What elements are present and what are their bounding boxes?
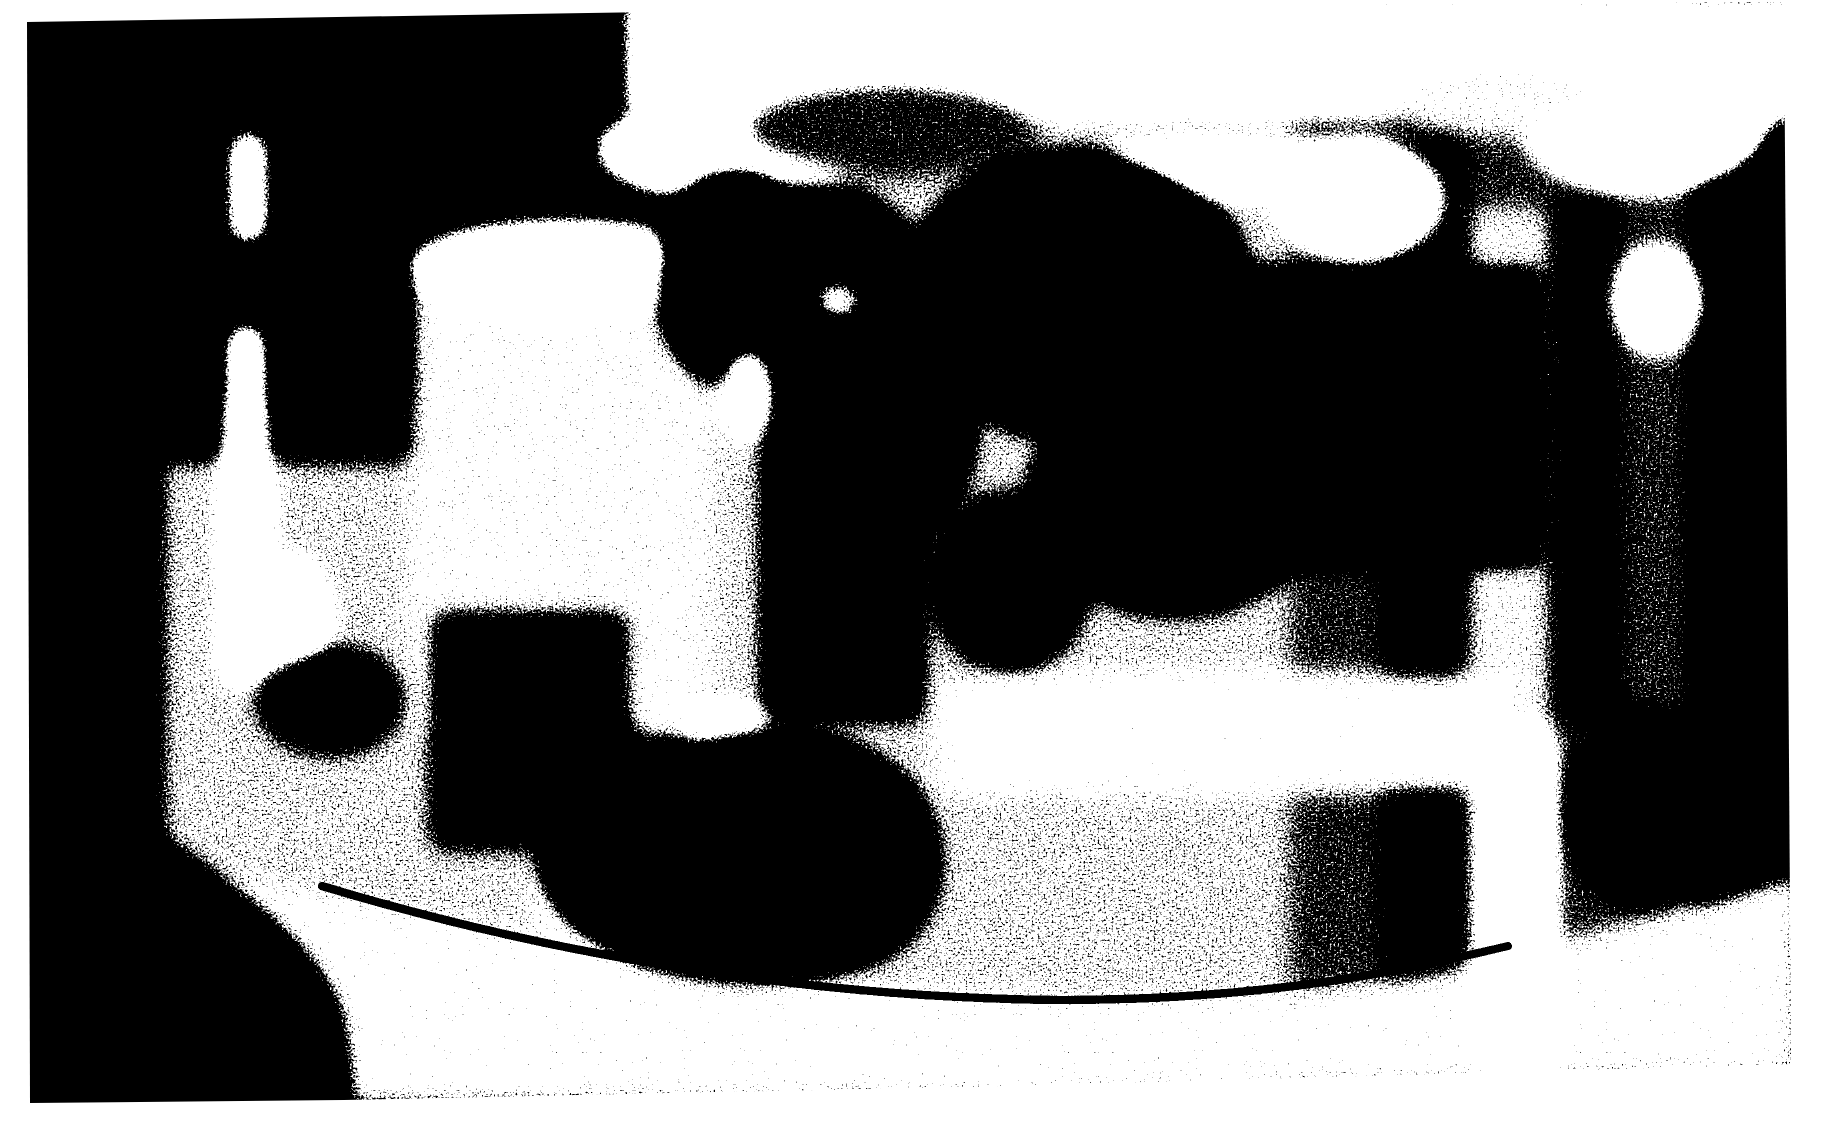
shadow-smudge-left: [260, 650, 400, 750]
left-glass-edge-highlight-upper: [234, 135, 262, 240]
white-patch-right: [1614, 250, 1702, 350]
figurine-base-toe: [522, 707, 638, 807]
tonal-map: [10, 0, 1810, 1120]
right-dark-band-2: [1552, 200, 1617, 720]
figurine-top-blob: [663, 170, 807, 306]
photo-area: [10, 0, 1810, 1120]
shadow-right-of-streak: [1569, 712, 1721, 904]
halftone-photo-canvas: [0, 0, 1829, 1129]
gray-streak-in-top-band: [740, 78, 1040, 178]
right-interior-shadow-soft: [934, 496, 1086, 668]
floor-light-band: [940, 675, 1510, 790]
figurine-stem: [768, 430, 918, 715]
scanned-photo: [0, 0, 1829, 1129]
right-glass-edge-highlight: [1486, 728, 1550, 1073]
figurine-light-gap-2: [812, 280, 864, 320]
gray-patch-top-right: [1390, 55, 1610, 135]
right-interior-shadow-block: [1238, 272, 1538, 562]
figurine-light-gap-1: [722, 348, 774, 436]
